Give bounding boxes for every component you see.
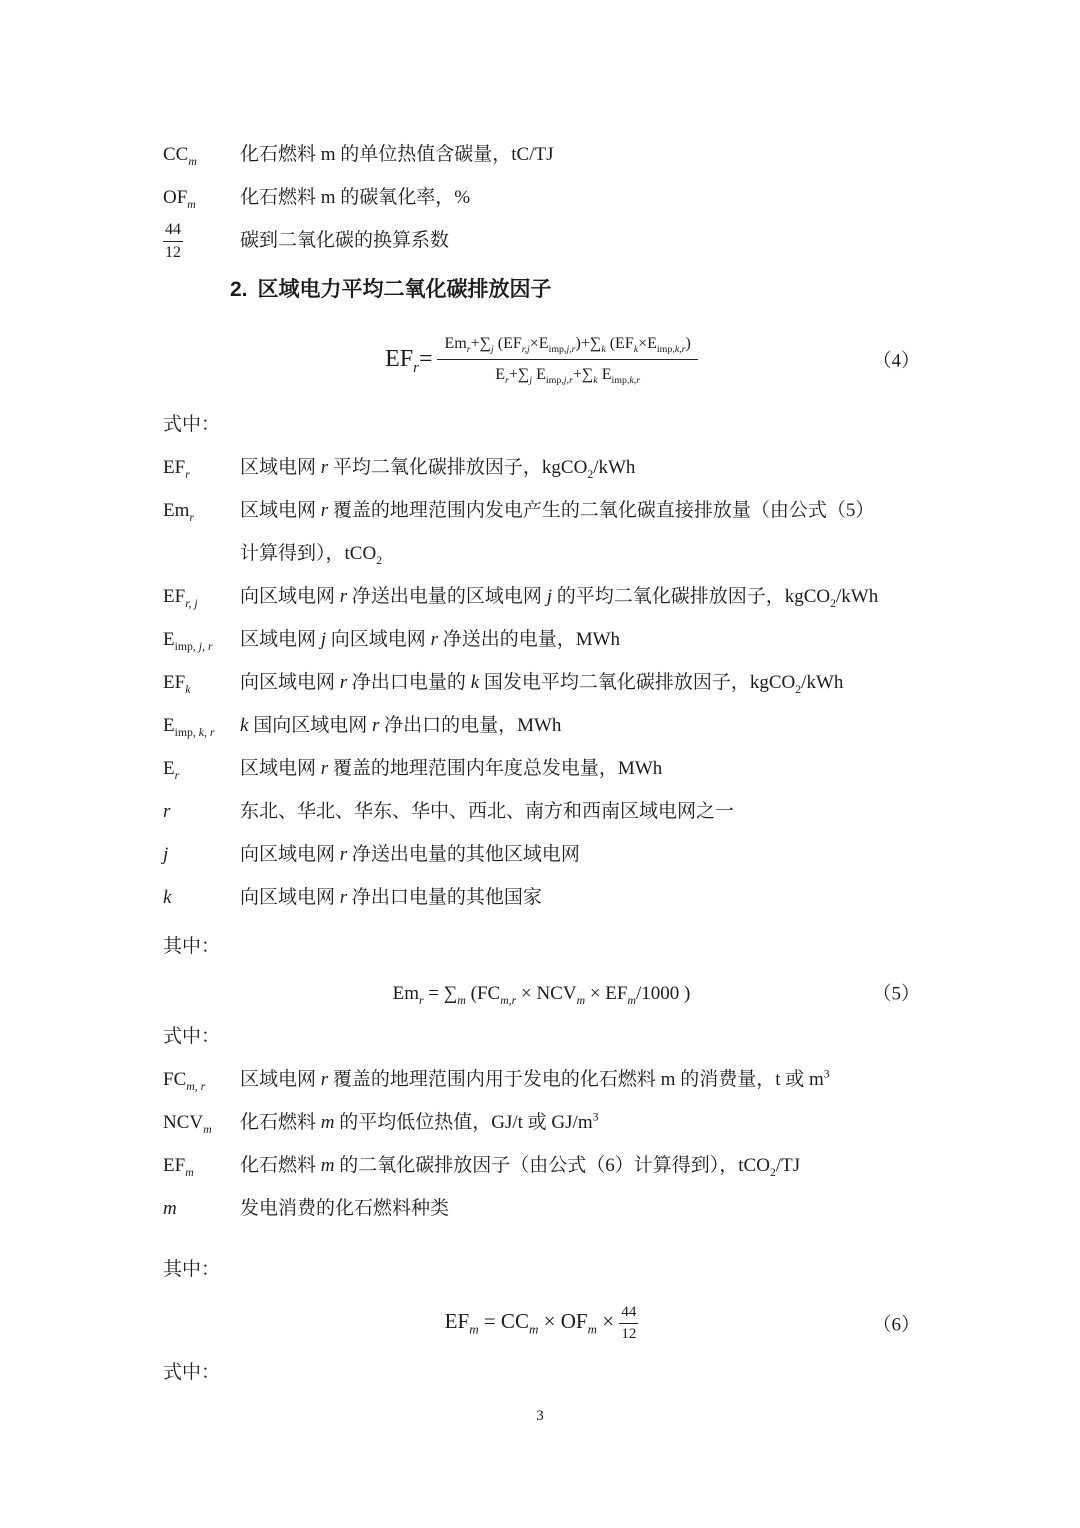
term-symbol: FCm, r — [163, 1058, 240, 1101]
term-symbol: NCVm — [163, 1101, 240, 1144]
definition-row: CCm化石燃料 m 的单位热值含碳量，tC/TJ — [163, 133, 920, 176]
term-definition: 碳到二氧化碳的换算系数 — [240, 219, 920, 263]
where-label-1: 式中： — [163, 403, 920, 446]
definition-row: 4412碳到二氧化碳的换算系数 — [163, 219, 920, 263]
term-symbol: Er — [163, 747, 240, 790]
term-symbol: Eimp, k, r — [163, 704, 240, 747]
formula-6-body: EFm = CCm × OFm × 4412 — [445, 1303, 639, 1344]
page-content: CCm化石燃料 m 的单位热值含碳量，tC/TJOFm化石燃料 m 的碳氧化率，… — [163, 133, 920, 1394]
where-label-2: 式中： — [163, 1015, 920, 1058]
definition-row: Er区域电网 r 覆盖的地理范围内年度总发电量，MWh — [163, 747, 920, 790]
term-symbol: m — [163, 1187, 240, 1230]
among-label-2: 其中： — [163, 1248, 920, 1291]
term-symbol: CCm — [163, 133, 240, 176]
definition-row: j向区域电网 r 净送出电量的其他区域电网 — [163, 833, 920, 876]
definition-row: m发电消费的化石燃料种类 — [163, 1187, 920, 1230]
term-definition: 向区域电网 r 净送出电量的其他区域电网 — [240, 833, 920, 876]
term-symbol: Emr — [163, 489, 240, 575]
formula-6: EFm = CCm × OFm × 4412 （6） — [163, 1295, 920, 1351]
among-label-1: 其中： — [163, 925, 920, 968]
definition-row: Eimp, j, r区域电网 j 向区域电网 r 净送出的电量，MWh — [163, 618, 920, 661]
definition-row: OFm化石燃料 m 的碳氧化率，% — [163, 176, 920, 219]
formula-4-denominator: Er+∑j Eimp,j,r+∑k Eimp,k,r — [437, 360, 697, 386]
term-definition: 区域电网 r 覆盖的地理范围内用于发电的化石燃料 m 的消费量，t 或 m3 — [240, 1058, 920, 1101]
definition-list-intro: CCm化石燃料 m 的单位热值含碳量，tC/TJOFm化石燃料 m 的碳氧化率，… — [163, 133, 920, 263]
term-symbol: 4412 — [163, 219, 240, 263]
definition-list-formula4: EFr区域电网 r 平均二氧化碳排放因子，kgCO2/kWhEmr区域电网 r … — [163, 446, 920, 919]
definition-row: r东北、华北、华东、华中、西北、南方和西南区域电网之一 — [163, 790, 920, 833]
term-symbol: EFr — [163, 446, 240, 489]
definition-row: Emr区域电网 r 覆盖的地理范围内发电产生的二氧化碳直接排放量（由公式（5）计… — [163, 489, 920, 575]
term-definition: 向区域电网 r 净出口电量的其他国家 — [240, 876, 920, 919]
section-title: 区域电力平均二氧化碳排放因子 — [258, 278, 552, 301]
term-definition: k 国向区域电网 r 净出口的电量，MWh — [240, 704, 920, 747]
definition-row: EFk向区域电网 r 净出口电量的 k 国发电平均二氧化碳排放因子，kgCO2/… — [163, 661, 920, 704]
term-definition: 向区域电网 r 净出口电量的 k 国发电平均二氧化碳排放因子，kgCO2/kWh — [240, 661, 920, 704]
term-definition: 区域电网 r 覆盖的地理范围内发电产生的二氧化碳直接排放量（由公式（5）计算得到… — [240, 489, 920, 575]
term-definition: 区域电网 r 平均二氧化碳排放因子，kgCO2/kWh — [240, 446, 920, 489]
formula-4-numerator: Emr+∑j (EFr,j×Eimp,j,r)+∑k (EFk×Eimp,k,r… — [437, 332, 697, 359]
term-definition: 化石燃料 m 的单位热值含碳量，tC/TJ — [240, 133, 920, 176]
page-number: 3 — [0, 1408, 1080, 1425]
term-symbol: k — [163, 876, 240, 919]
definition-row: EFm化石燃料 m 的二氧化碳排放因子（由公式（6）计算得到），tCO2/TJ — [163, 1144, 920, 1187]
section-heading: 2.区域电力平均二氧化碳排放因子 — [230, 275, 920, 305]
term-definition: 区域电网 j 向区域电网 r 净送出的电量，MWh — [240, 618, 920, 661]
equation-number-6: （6） — [872, 1310, 920, 1337]
equation-number-5: （5） — [872, 972, 920, 1015]
definition-row: FCm, r区域电网 r 覆盖的地理范围内用于发电的化石燃料 m 的消费量，t … — [163, 1058, 920, 1101]
equation-number-4: （4） — [872, 346, 920, 373]
term-symbol: EFm — [163, 1144, 240, 1187]
term-definition: 区域电网 r 覆盖的地理范围内年度总发电量，MWh — [240, 747, 920, 790]
definition-row: EFr区域电网 r 平均二氧化碳排放因子，kgCO2/kWh — [163, 446, 920, 489]
formula-4: EFr= Emr+∑j (EFr,j×Eimp,j,r)+∑k (EFk×Eim… — [163, 317, 920, 401]
term-definition: 化石燃料 m 的二氧化碳排放因子（由公式（6）计算得到），tCO2/TJ — [240, 1144, 920, 1187]
definition-row: Eimp, k, rk 国向区域电网 r 净出口的电量，MWh — [163, 704, 920, 747]
term-symbol: j — [163, 833, 240, 876]
term-definition: 化石燃料 m 的碳氧化率，% — [240, 176, 920, 219]
term-definition: 发电消费的化石燃料种类 — [240, 1187, 920, 1230]
definition-row: k向区域电网 r 净出口电量的其他国家 — [163, 876, 920, 919]
definition-row: NCVm化石燃料 m 的平均低位热值，GJ/t 或 GJ/m3 — [163, 1101, 920, 1144]
section-number: 2. — [230, 278, 248, 301]
formula-5: Emr = ∑m (FCm,r × NCVm × EFm/1000 ) （5） — [163, 972, 920, 1015]
formula-5-body: Emr = ∑m (FCm,r × NCVm × EFm/1000 ) — [393, 972, 691, 1015]
term-symbol: r — [163, 790, 240, 833]
term-definition: 向区域电网 r 净送出电量的区域电网 j 的平均二氧化碳排放因子，kgCO2/k… — [240, 575, 920, 618]
definition-row: EFr, j向区域电网 r 净送出电量的区域电网 j 的平均二氧化碳排放因子，k… — [163, 575, 920, 618]
term-symbol: Eimp, j, r — [163, 618, 240, 661]
term-symbol: EFr, j — [163, 575, 240, 618]
definition-list-formula5: FCm, r区域电网 r 覆盖的地理范围内用于发电的化石燃料 m 的消费量，t … — [163, 1058, 920, 1230]
formula-4-fraction: Emr+∑j (EFr,j×Eimp,j,r)+∑k (EFk×Eimp,k,r… — [437, 332, 697, 385]
term-symbol: OFm — [163, 176, 240, 219]
document-page: CCm化石燃料 m 的单位热值含碳量，tC/TJOFm化石燃料 m 的碳氧化率，… — [0, 0, 1080, 1528]
term-definition: 东北、华北、华东、华中、西北、南方和西南区域电网之一 — [240, 790, 920, 833]
where-label-3: 式中： — [163, 1351, 920, 1394]
formula-4-lhs: EFr= — [385, 346, 432, 373]
term-symbol: EFk — [163, 661, 240, 704]
term-definition: 化石燃料 m 的平均低位热值，GJ/t 或 GJ/m3 — [240, 1101, 920, 1144]
